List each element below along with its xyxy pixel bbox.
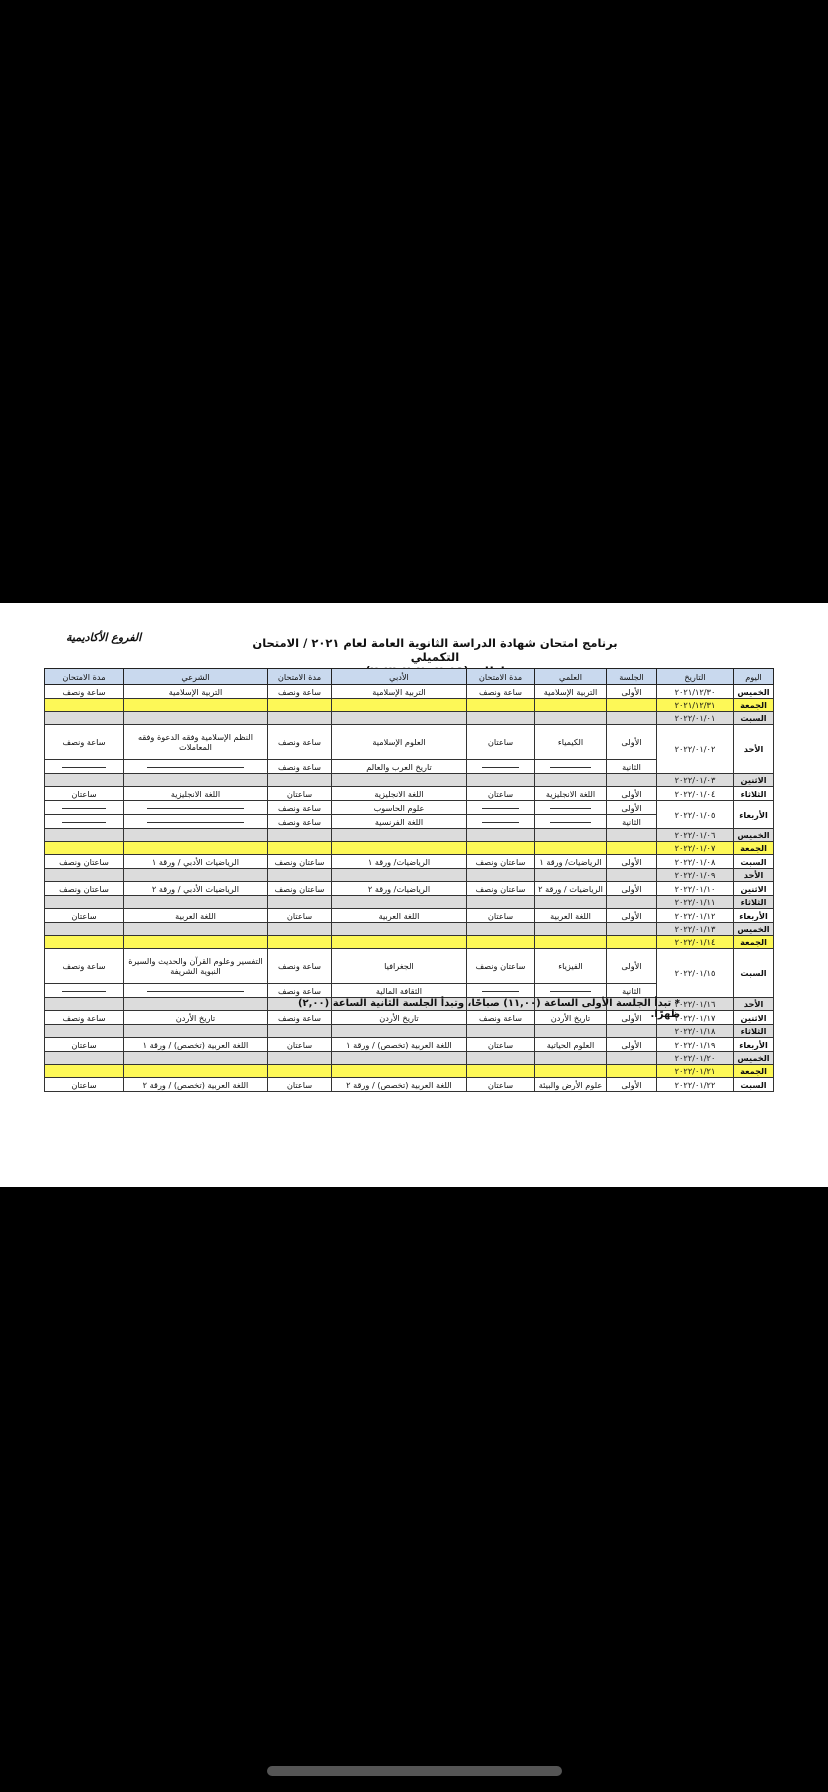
literary-duration: ساعتان: [268, 1038, 332, 1052]
session-cell: الأولى: [607, 801, 657, 815]
table-row: الخميس٢٠٢٢/٠١/٢٠: [45, 1052, 774, 1065]
session-cell: [607, 896, 657, 909]
sharia-duration: [45, 936, 124, 949]
header-scientific: العلمي: [535, 669, 607, 685]
table-row: الأربعاء٢٠٢٢/٠١/١٩الأولىالعلوم الحياتيةس…: [45, 1038, 774, 1052]
scientific-subject: علوم الأرض والبيئة: [535, 1078, 607, 1092]
sharia-subject: [124, 712, 268, 725]
date-cell: ٢٠٢٢/٠١/٠٦: [657, 829, 734, 842]
date-cell: ٢٠٢١/١٢/٣٠: [657, 685, 734, 699]
dash-line: [147, 767, 244, 768]
session-cell: [607, 869, 657, 882]
scientific-subject: [535, 896, 607, 909]
sharia-subject: [124, 1052, 268, 1065]
scientific-subject: [535, 699, 607, 712]
table-row: السبت٢٠٢٢/٠١/٢٢الأولىعلوم الأرض والبيئةس…: [45, 1078, 774, 1092]
day-cell: الثلاثاء: [734, 787, 774, 801]
literary-duration: ساعة ونصف: [268, 984, 332, 998]
table-row: الخميس٢٠٢٢/٠١/١٣: [45, 923, 774, 936]
date-cell: ٢٠٢٢/٠١/١٥: [657, 949, 734, 998]
literary-subject: [332, 712, 467, 725]
scientific-subject-empty: [535, 815, 607, 829]
session-cell: الثانية: [607, 760, 657, 774]
sharia-subject: [124, 699, 268, 712]
sharia-duration: ساعة ونصف: [45, 1011, 124, 1025]
literary-subject: الرياضيات/ ورقة ١: [332, 855, 467, 869]
dash-line: [62, 767, 106, 768]
day-cell: الأحد: [734, 869, 774, 882]
sharia-duration: [45, 1065, 124, 1078]
literary-subject: [332, 774, 467, 787]
session-cell: [607, 1065, 657, 1078]
date-cell: ٢٠٢٢/٠١/١٣: [657, 923, 734, 936]
sharia-subject: [124, 896, 268, 909]
session-cell: الأولى: [607, 949, 657, 984]
date-cell: ٢٠٢٢/٠١/١٩: [657, 1038, 734, 1052]
sharia-subject: الرياضيات الأدبي / ورقة ٢: [124, 882, 268, 896]
header-literary-duration: مدة الامتحان: [268, 669, 332, 685]
session-cell: [607, 1025, 657, 1038]
scientific-duration: ساعتان ونصف: [467, 949, 535, 984]
scientific-duration: ساعة ونصف: [467, 685, 535, 699]
sharia-subject-empty: [124, 815, 268, 829]
scientific-subject: العلوم الحياتية: [535, 1038, 607, 1052]
dash-line: [147, 808, 244, 809]
session-cell: الأولى: [607, 1038, 657, 1052]
day-cell: الجمعة: [734, 936, 774, 949]
literary-duration: [268, 842, 332, 855]
scientific-subject: [535, 712, 607, 725]
table-row: السبت٢٠٢٢/٠١/١٥الأولىالفيزياءساعتان ونصف…: [45, 949, 774, 984]
literary-subject: الجغرافيا: [332, 949, 467, 984]
day-cell: الأحد: [734, 998, 774, 1011]
session-cell: الأولى: [607, 725, 657, 760]
sharia-duration: [45, 923, 124, 936]
day-cell: الثلاثاء: [734, 1025, 774, 1038]
scientific-subject-empty: [535, 984, 607, 998]
literary-subject: [332, 1052, 467, 1065]
table-row: الثلاثاء٢٠٢٢/٠١/٠٤الأولىاللغة الانجليزية…: [45, 787, 774, 801]
table-row: الأربعاء٢٠٢٢/٠١/٠٥الأولىعلوم الحاسوبساعة…: [45, 801, 774, 815]
scientific-duration: [467, 896, 535, 909]
sharia-subject: النظم الإسلامية وفقه الدعوة وفقه المعامل…: [124, 725, 268, 760]
scientific-duration: ساعتان ونصف: [467, 855, 535, 869]
sharia-subject: اللغة العربية (تخصص) / ورقة ١: [124, 1038, 268, 1052]
sharia-subject: [124, 936, 268, 949]
sharia-subject: [124, 998, 268, 1011]
literary-duration: [268, 1065, 332, 1078]
sharia-duration: ساعتان: [45, 909, 124, 923]
sharia-subject-empty: [124, 984, 268, 998]
sharia-subject: تاريخ الأردن: [124, 1011, 268, 1025]
literary-duration: [268, 699, 332, 712]
scientific-subject: [535, 1065, 607, 1078]
literary-duration: ساعتان ونصف: [268, 882, 332, 896]
scientific-duration: ساعتان: [467, 787, 535, 801]
scientific-subject: [535, 936, 607, 949]
table-row: الجمعة٢٠٢٢/٠١/٢١: [45, 1065, 774, 1078]
date-cell: ٢٠٢٢/٠١/١١: [657, 896, 734, 909]
sharia-duration: ساعتان ونصف: [45, 855, 124, 869]
scientific-subject: [535, 1052, 607, 1065]
scientific-subject-empty: [535, 760, 607, 774]
day-cell: السبت: [734, 949, 774, 998]
header-day: اليوم: [734, 669, 774, 685]
title-line-1: برنامج امتحان شهادة الدراسة الثانوية الع…: [230, 636, 640, 664]
sharia-duration: [45, 712, 124, 725]
scientific-duration: [467, 774, 535, 787]
sharia-subject: اللغة الانجليزية: [124, 787, 268, 801]
dash-line: [147, 822, 244, 823]
session-cell: [607, 923, 657, 936]
scientific-subject: [535, 829, 607, 842]
literary-subject: [332, 869, 467, 882]
header-sharia: الشرعي: [124, 669, 268, 685]
session-cell: [607, 936, 657, 949]
scientific-duration: [467, 712, 535, 725]
sharia-duration: ساعتان: [45, 787, 124, 801]
scientific-duration: ساعتان: [467, 909, 535, 923]
day-cell: الثلاثاء: [734, 896, 774, 909]
date-cell: ٢٠٢٢/٠١/١٤: [657, 936, 734, 949]
table-row: الخميس٢٠٢٢/٠١/٠٦: [45, 829, 774, 842]
literary-duration: ساعة ونصف: [268, 725, 332, 760]
literary-duration: ساعتان ونصف: [268, 855, 332, 869]
scientific-subject: [535, 923, 607, 936]
scientific-duration: [467, 869, 535, 882]
literary-duration: ساعة ونصف: [268, 760, 332, 774]
dash-line: [550, 767, 590, 768]
day-cell: الاثنين: [734, 882, 774, 896]
date-cell: ٢٠٢١/١٢/٣١: [657, 699, 734, 712]
sharia-subject: التفسير وعلوم القرآن والحديث والسيرة الن…: [124, 949, 268, 984]
literary-duration: ساعة ونصف: [268, 801, 332, 815]
literary-subject: اللغة العربية (تخصص) / ورقة ١: [332, 1038, 467, 1052]
day-cell: السبت: [734, 855, 774, 869]
sharia-duration: [45, 829, 124, 842]
dash-line: [482, 808, 520, 809]
session-cell: [607, 774, 657, 787]
literary-subject: اللغة الفرنسية: [332, 815, 467, 829]
literary-subject: العلوم الإسلامية: [332, 725, 467, 760]
date-cell: ٢٠٢٢/٠١/٢٢: [657, 1078, 734, 1092]
scientific-subject: [535, 869, 607, 882]
home-indicator[interactable]: [267, 1766, 562, 1776]
day-cell: الخميس: [734, 1052, 774, 1065]
date-cell: ٢٠٢٢/٠١/١٢: [657, 909, 734, 923]
literary-duration: [268, 829, 332, 842]
sharia-duration-empty: [45, 760, 124, 774]
literary-subject: تاريخ العرب والعالم: [332, 760, 467, 774]
table-row: الاثنين٢٠٢٢/٠١/٠٣: [45, 774, 774, 787]
sharia-duration: ساعة ونصف: [45, 685, 124, 699]
scientific-subject: [535, 1025, 607, 1038]
date-cell: ٢٠٢٢/٠١/١٠: [657, 882, 734, 896]
session-cell: [607, 699, 657, 712]
literary-duration: ساعة ونصف: [268, 815, 332, 829]
scientific-subject: [535, 774, 607, 787]
day-cell: الأحد: [734, 725, 774, 774]
table-row: السبت٢٠٢٢/٠١/٠٨الأولىالرياضيات/ ورقة ١سا…: [45, 855, 774, 869]
sharia-duration: [45, 699, 124, 712]
date-cell: ٢٠٢٢/٠١/٠١: [657, 712, 734, 725]
literary-subject: الثقافة المالية: [332, 984, 467, 998]
sharia-duration-empty: [45, 801, 124, 815]
scientific-duration: [467, 1052, 535, 1065]
scientific-subject: [535, 842, 607, 855]
session-cell: الثانية: [607, 815, 657, 829]
table-row: الثلاثاء٢٠٢٢/٠١/١٨: [45, 1025, 774, 1038]
literary-duration: ساعة ونصف: [268, 949, 332, 984]
literary-duration: [268, 1052, 332, 1065]
day-cell: الجمعة: [734, 842, 774, 855]
dash-line: [482, 822, 520, 823]
scientific-subject: الرياضيات / ورقة ٢: [535, 882, 607, 896]
sharia-duration: ساعة ونصف: [45, 725, 124, 760]
dash-line: [482, 767, 520, 768]
scientific-subject: التربية الإسلامية: [535, 685, 607, 699]
scientific-subject: اللغة الانجليزية: [535, 787, 607, 801]
scientific-duration-empty: [467, 801, 535, 815]
scientific-subject: الكيمياء: [535, 725, 607, 760]
literary-subject: [332, 923, 467, 936]
header-sharia-duration: مدة الامتحان: [45, 669, 124, 685]
scientific-duration: [467, 829, 535, 842]
literary-duration: [268, 936, 332, 949]
date-cell: ٢٠٢٢/٠١/٠٥: [657, 801, 734, 829]
exam-schedule-document: برنامج امتحان شهادة الدراسة الثانوية الع…: [0, 603, 828, 1187]
date-cell: ٢٠٢٢/٠١/٠٢: [657, 725, 734, 774]
literary-subject: التربية الإسلامية: [332, 685, 467, 699]
scientific-duration-empty: [467, 760, 535, 774]
sharia-subject: [124, 869, 268, 882]
day-cell: الأربعاء: [734, 1038, 774, 1052]
literary-duration: [268, 923, 332, 936]
day-cell: الجمعة: [734, 699, 774, 712]
literary-duration: ساعتان: [268, 909, 332, 923]
session-times-note: * تبدأ الجلسة الأولى الساعة (١١,٠٠) صباح…: [280, 998, 680, 1020]
scientific-duration-empty: [467, 984, 535, 998]
sharia-subject: [124, 842, 268, 855]
day-cell: السبت: [734, 1078, 774, 1092]
date-cell: ٢٠٢٢/٠١/١٨: [657, 1025, 734, 1038]
literary-subject: اللغة الانجليزية: [332, 787, 467, 801]
literary-duration: ساعتان: [268, 787, 332, 801]
dash-line: [482, 991, 520, 992]
literary-subject: [332, 829, 467, 842]
dash-line: [62, 808, 106, 809]
scientific-duration: ساعتان: [467, 725, 535, 760]
branch-label: الفروع الأكاديمية: [66, 631, 141, 644]
date-cell: ٢٠٢٢/٠١/٠٩: [657, 869, 734, 882]
sharia-subject-empty: [124, 801, 268, 815]
literary-subject: علوم الحاسوب: [332, 801, 467, 815]
session-cell: [607, 829, 657, 842]
sharia-subject: التربية الإسلامية: [124, 685, 268, 699]
scientific-duration: [467, 923, 535, 936]
literary-subject: [332, 1025, 467, 1038]
scientific-duration: [467, 842, 535, 855]
literary-subject: [332, 842, 467, 855]
table-header-row: اليوم التاريخ الجلسة العلمي مدة الامتحان…: [45, 669, 774, 685]
sharia-subject: اللغة العربية: [124, 909, 268, 923]
day-cell: الخميس: [734, 685, 774, 699]
sharia-duration-empty: [45, 984, 124, 998]
day-cell: الجمعة: [734, 1065, 774, 1078]
literary-duration: [268, 774, 332, 787]
scientific-duration-empty: [467, 815, 535, 829]
dash-line: [550, 822, 590, 823]
literary-duration: [268, 1025, 332, 1038]
session-cell: [607, 1052, 657, 1065]
table-row: الجمعة٢٠٢١/١٢/٣١: [45, 699, 774, 712]
sharia-duration: [45, 869, 124, 882]
header-session: الجلسة: [607, 669, 657, 685]
date-cell: ٢٠٢٢/٠١/٢١: [657, 1065, 734, 1078]
sharia-duration: ساعتان: [45, 1078, 124, 1092]
sharia-subject: [124, 1065, 268, 1078]
session-cell: الأولى: [607, 882, 657, 896]
header-literary: الأدبي: [332, 669, 467, 685]
sharia-duration: [45, 774, 124, 787]
table-row: الثلاثاء٢٠٢٢/٠١/١١: [45, 896, 774, 909]
scientific-subject: اللغة العربية: [535, 909, 607, 923]
session-cell: الأولى: [607, 909, 657, 923]
session-cell: [607, 712, 657, 725]
table-body: الخميس٢٠٢١/١٢/٣٠الأولىالتربية الإسلاميةس…: [45, 685, 774, 1092]
literary-subject: الرياضيات/ ورقة ٢: [332, 882, 467, 896]
sharia-subject: الرياضيات الأدبي / ورقة ١: [124, 855, 268, 869]
dash-line: [147, 991, 244, 992]
dash-line: [62, 991, 106, 992]
sharia-subject: [124, 774, 268, 787]
literary-subject: اللغة العربية: [332, 909, 467, 923]
sharia-duration: [45, 998, 124, 1011]
day-cell: الاثنين: [734, 774, 774, 787]
scientific-subject-empty: [535, 801, 607, 815]
day-cell: الاثنين: [734, 1011, 774, 1025]
sharia-duration: [45, 896, 124, 909]
date-cell: ٢٠٢٢/٠١/٠٨: [657, 855, 734, 869]
literary-duration: [268, 712, 332, 725]
session-cell: الأولى: [607, 855, 657, 869]
table-row: الخميس٢٠٢١/١٢/٣٠الأولىالتربية الإسلاميةس…: [45, 685, 774, 699]
day-cell: الخميس: [734, 829, 774, 842]
sharia-subject-empty: [124, 760, 268, 774]
scientific-duration: [467, 1065, 535, 1078]
literary-subject: [332, 936, 467, 949]
table-row: السبت٢٠٢٢/٠١/٠١: [45, 712, 774, 725]
scientific-duration: ساعتان: [467, 1038, 535, 1052]
dash-line: [550, 808, 590, 809]
literary-duration: ساعتان: [268, 1078, 332, 1092]
sharia-duration-empty: [45, 815, 124, 829]
scientific-duration: [467, 699, 535, 712]
scientific-subject: الفيزياء: [535, 949, 607, 984]
sharia-duration: ساعتان ونصف: [45, 882, 124, 896]
header-date: التاريخ: [657, 669, 734, 685]
sharia-subject: اللغة العربية (تخصص) / ورقة ٢: [124, 1078, 268, 1092]
exam-schedule-table: اليوم التاريخ الجلسة العلمي مدة الامتحان…: [44, 668, 774, 1092]
date-cell: ٢٠٢٢/٠١/٠٧: [657, 842, 734, 855]
literary-subject: [332, 896, 467, 909]
day-cell: الأربعاء: [734, 909, 774, 923]
dash-line: [550, 991, 590, 992]
session-cell: الأولى: [607, 1078, 657, 1092]
sharia-duration: [45, 842, 124, 855]
scientific-subject: الرياضيات/ ورقة ١: [535, 855, 607, 869]
scientific-duration: [467, 1025, 535, 1038]
date-cell: ٢٠٢٢/٠١/٢٠: [657, 1052, 734, 1065]
table-row: الجمعة٢٠٢٢/٠١/١٤: [45, 936, 774, 949]
scientific-duration: ساعتان ونصف: [467, 882, 535, 896]
literary-subject: اللغة العربية (تخصص) / ورقة ٢: [332, 1078, 467, 1092]
session-cell: الثانية: [607, 984, 657, 998]
header-scientific-duration: مدة الامتحان: [467, 669, 535, 685]
literary-duration: [268, 896, 332, 909]
sharia-duration: [45, 1052, 124, 1065]
date-cell: ٢٠٢٢/٠١/٠٤: [657, 787, 734, 801]
table-row: الأحد٢٠٢٢/٠١/٠٢الأولىالكيمياءساعتانالعلو…: [45, 725, 774, 760]
table-row: الأربعاء٢٠٢٢/٠١/١٢الأولىاللغة العربيةساع…: [45, 909, 774, 923]
scientific-duration: [467, 936, 535, 949]
table-row: الاثنين٢٠٢٢/٠١/١٠الأولىالرياضيات / ورقة …: [45, 882, 774, 896]
session-cell: الأولى: [607, 685, 657, 699]
table-row: الجمعة٢٠٢٢/٠١/٠٧: [45, 842, 774, 855]
sharia-subject: [124, 923, 268, 936]
sharia-subject: [124, 1025, 268, 1038]
dash-line: [62, 822, 106, 823]
literary-subject: [332, 1065, 467, 1078]
session-cell: الأولى: [607, 787, 657, 801]
session-cell: [607, 842, 657, 855]
sharia-duration: ساعتان: [45, 1038, 124, 1052]
sharia-duration: [45, 1025, 124, 1038]
literary-subject: [332, 699, 467, 712]
literary-duration: ساعة ونصف: [268, 685, 332, 699]
sharia-subject: [124, 829, 268, 842]
day-cell: الخميس: [734, 923, 774, 936]
day-cell: الأربعاء: [734, 801, 774, 829]
literary-duration: [268, 869, 332, 882]
day-cell: السبت: [734, 712, 774, 725]
table-row: الأحد٢٠٢٢/٠١/٠٩: [45, 869, 774, 882]
sharia-duration: ساعة ونصف: [45, 949, 124, 984]
date-cell: ٢٠٢٢/٠١/٠٣: [657, 774, 734, 787]
scientific-duration: ساعتان: [467, 1078, 535, 1092]
